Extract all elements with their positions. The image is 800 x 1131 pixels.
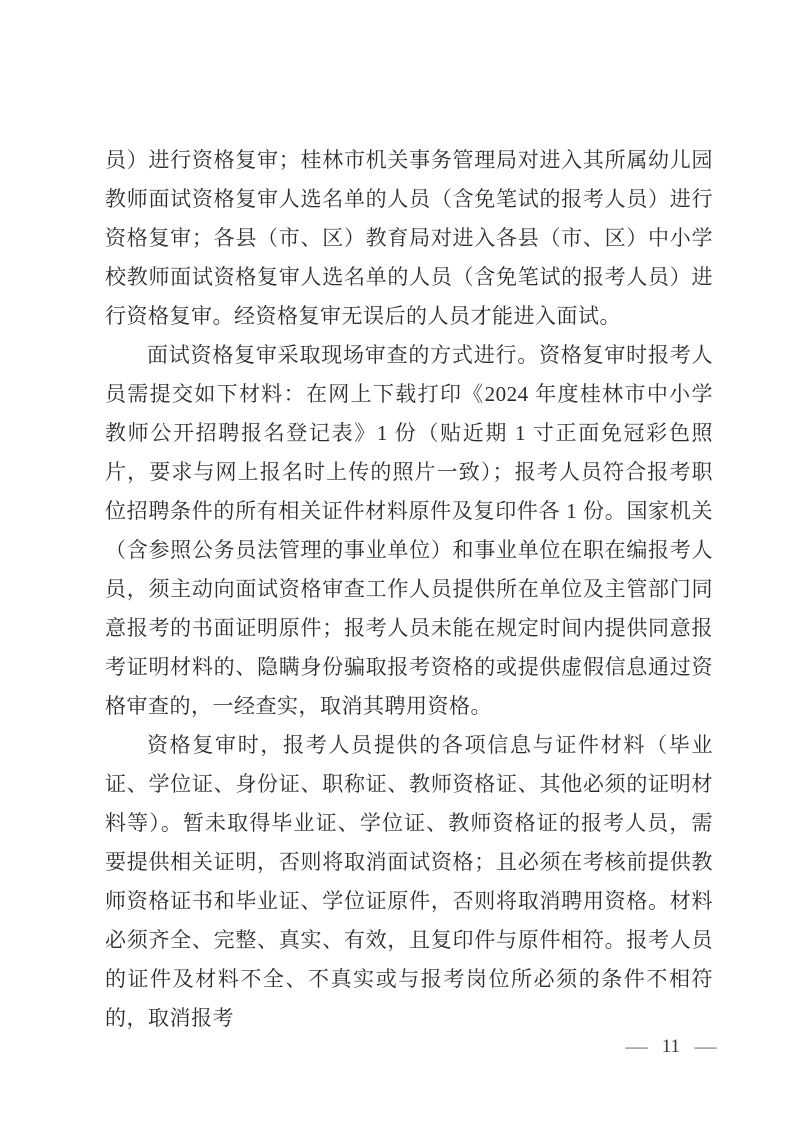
page-number-dash-left: — <box>625 1037 647 1057</box>
document-page: 员）进行资格复审；桂林市机关事务管理局对进入其所属幼儿园教师面试资格复审人选名单… <box>0 0 800 1131</box>
page-number: — 11 — <box>628 1036 714 1058</box>
paragraph-interview-review-materials: 面试资格复审采取现场审查的方式进行。资格复审时报考人员需提交如下材料：在网上下载… <box>105 336 713 726</box>
paragraph-continuation: 员）进行资格复审；桂林市机关事务管理局对进入其所属幼儿园教师面试资格复审人选名单… <box>105 141 713 336</box>
page-number-value: 11 <box>662 1036 680 1058</box>
paragraph-certificate-requirements: 资格复审时，报考人员提供的各项信息与证件材料（毕业证、学位证、身份证、职称证、教… <box>105 726 713 1038</box>
document-body: 员）进行资格复审；桂林市机关事务管理局对进入其所属幼儿园教师面试资格复审人选名单… <box>105 141 713 1038</box>
page-number-dash-right: — <box>694 1037 716 1057</box>
